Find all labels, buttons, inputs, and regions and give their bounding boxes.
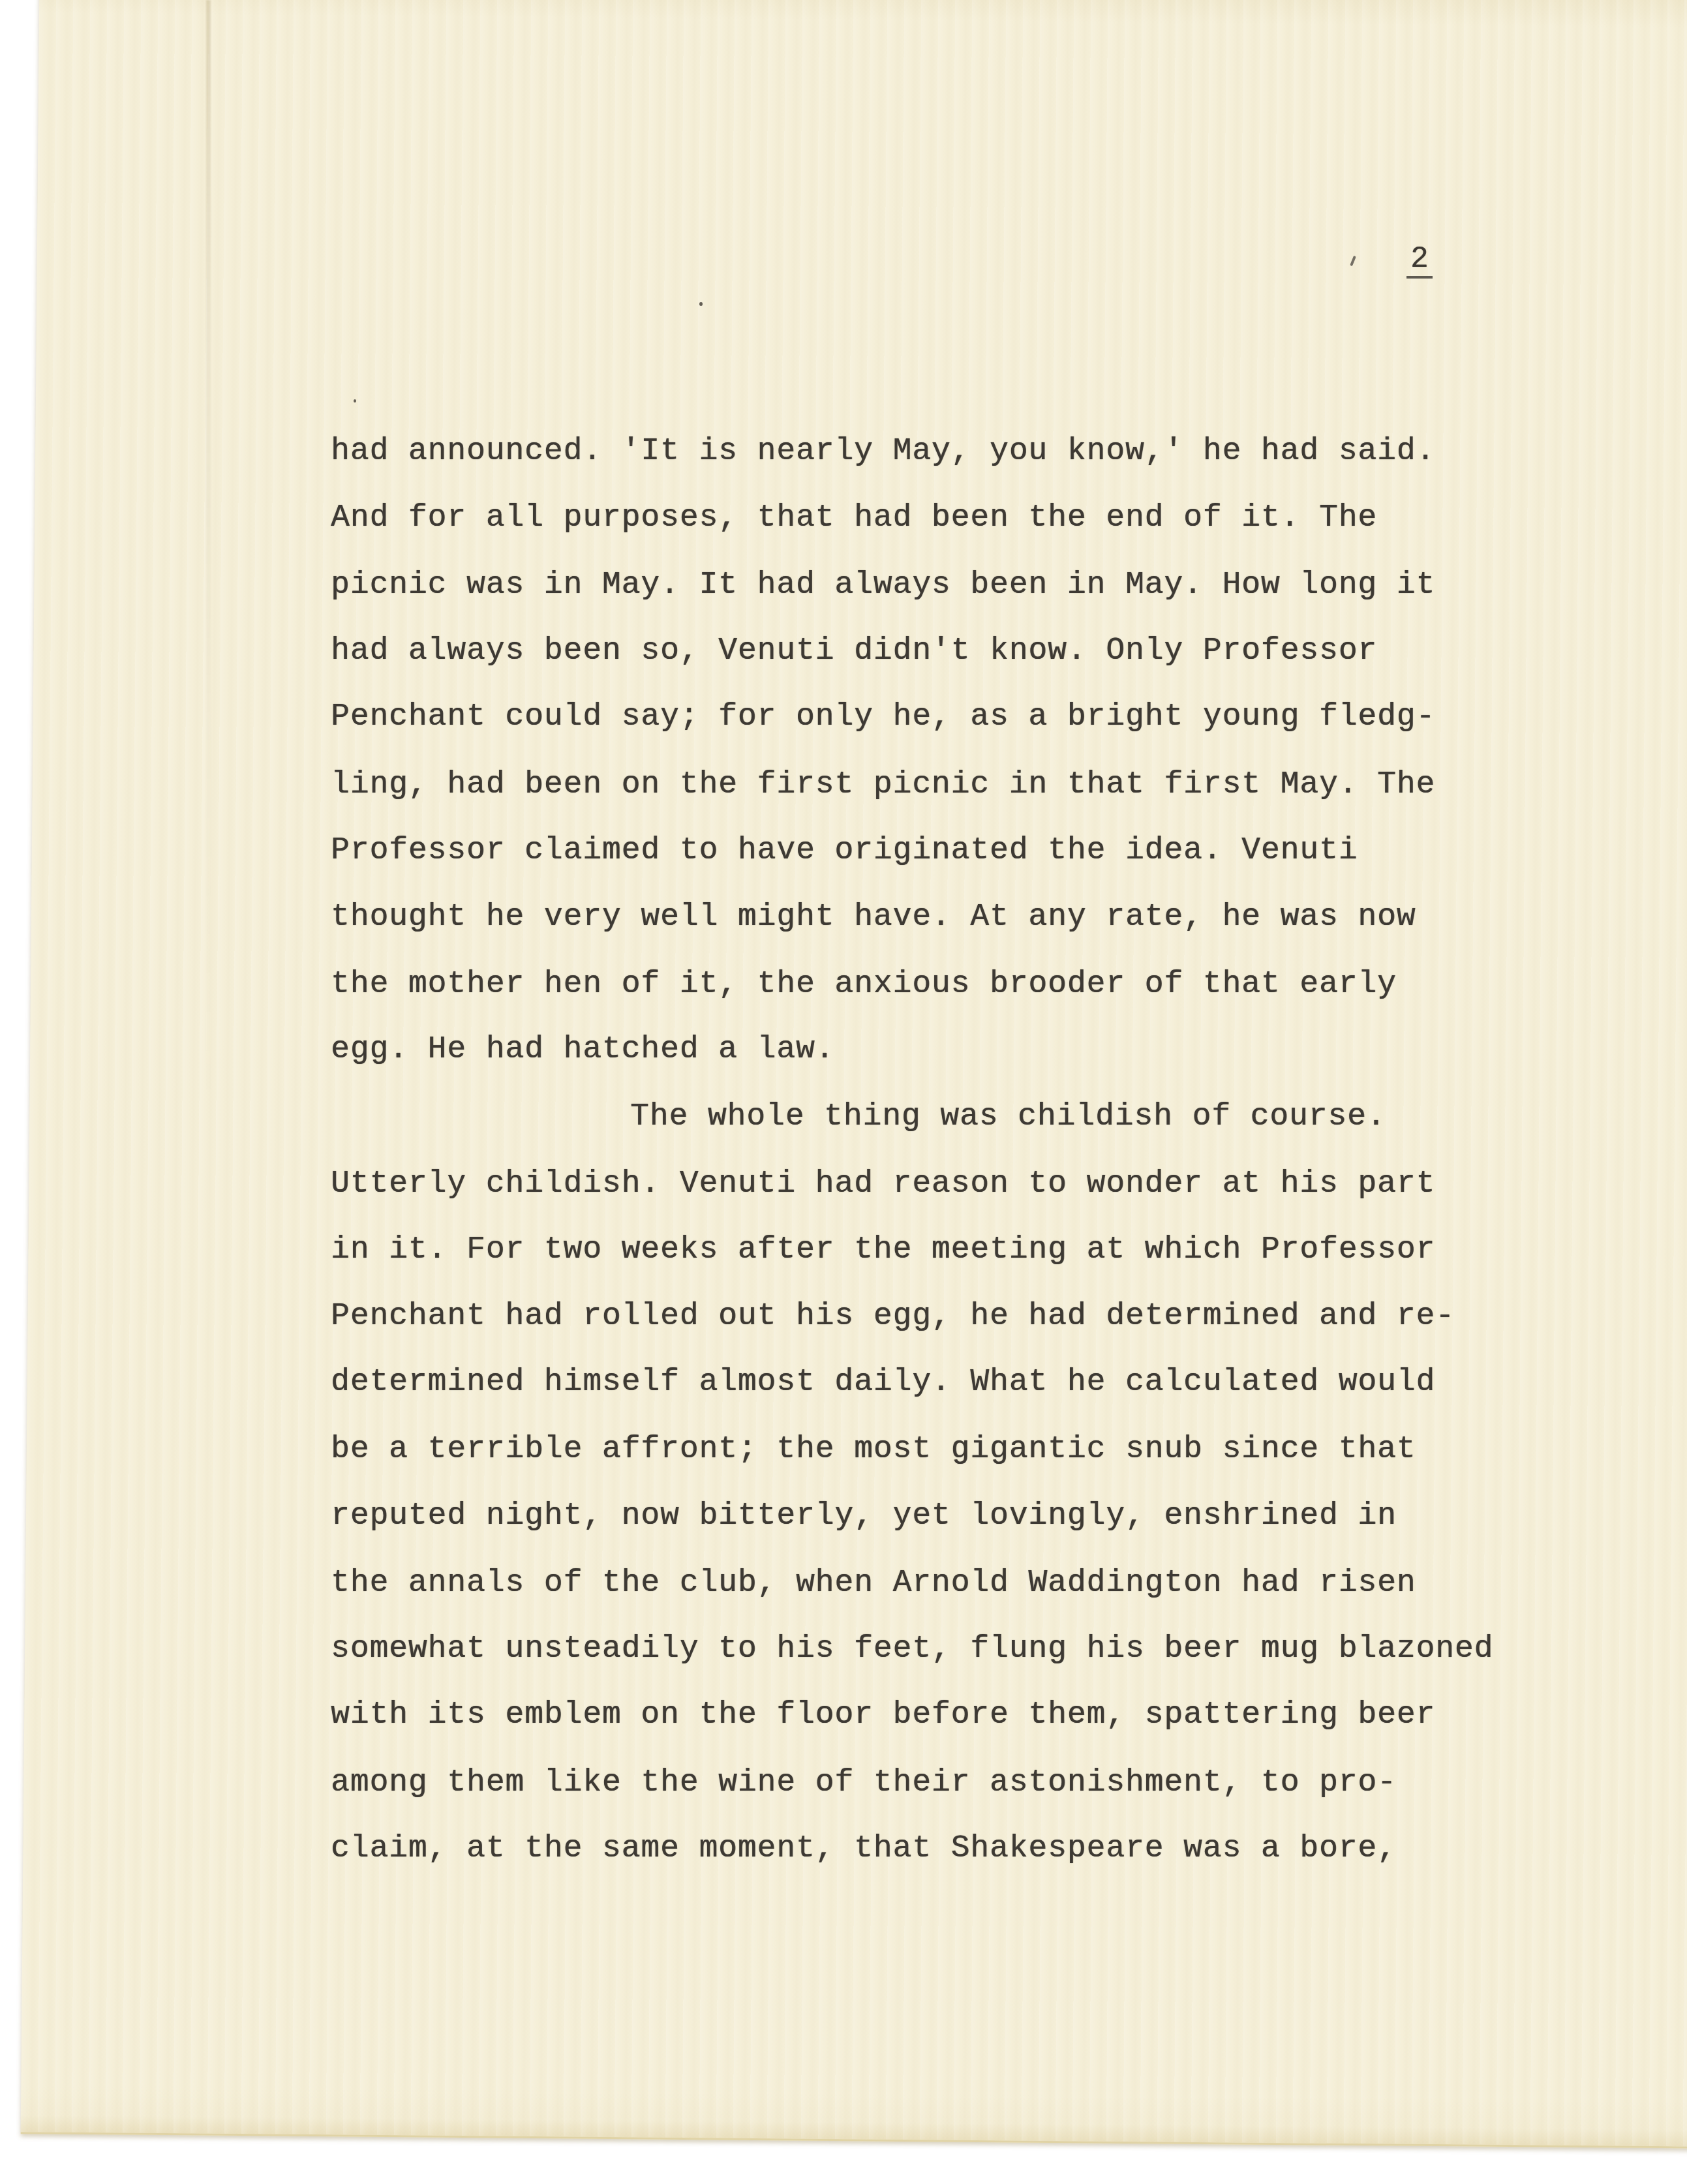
typed-line: Utterly childish. Venuti had reason to w…	[331, 1151, 1570, 1217]
typed-line: in it. For two weeks after the meeting a…	[331, 1217, 1570, 1283]
page-number-value: 2	[1406, 243, 1433, 279]
typed-text-block: had announced. 'It is nearly May, you kn…	[331, 418, 1570, 1882]
typed-line: And for all purposes, that had been the …	[331, 485, 1570, 551]
typed-line: ling, had been on the first picnic in th…	[331, 751, 1570, 818]
typed-line: claim, at the same moment, that Shakespe…	[331, 1815, 1570, 1882]
typed-line: had announced. 'It is nearly May, you kn…	[331, 418, 1570, 485]
typed-line: somewhat unsteadily to his feet, flung h…	[331, 1616, 1570, 1682]
typed-line: with its emblem on the floor before them…	[331, 1682, 1570, 1748]
typed-line: Penchant had rolled out his egg, he had …	[331, 1283, 1570, 1350]
ink-stray-mark	[1350, 256, 1356, 266]
typed-line: reputed night, now bitterly, yet lovingl…	[331, 1483, 1570, 1549]
typed-line: Professor claimed to have originated the…	[331, 817, 1570, 884]
typed-line: egg. He had hatched a law.	[331, 1016, 1570, 1083]
manuscript-page: 2 had announced. 'It is nearly May, you …	[0, 0, 1687, 2184]
typed-line: determined himself almost daily. What he…	[331, 1349, 1570, 1416]
page-number: 2	[1406, 243, 1433, 279]
ink-speck	[699, 302, 703, 306]
typed-line: Penchant could say; for only he, as a br…	[331, 684, 1570, 750]
typed-line: The whole thing was childish of course.	[331, 1084, 1570, 1150]
typed-line: among them like the wine of their astoni…	[331, 1750, 1570, 1816]
typed-line: had always been so, Venuti didn't know. …	[331, 618, 1570, 684]
typed-line: the annals of the club, when Arnold Wadd…	[331, 1550, 1570, 1616]
typed-line: the mother hen of it, the anxious broode…	[331, 951, 1570, 1018]
paper-crease	[206, 0, 211, 1109]
typed-line: be a terrible affront; the most gigantic…	[331, 1416, 1570, 1483]
typed-line: picnic was in May. It had always been in…	[331, 552, 1570, 618]
ink-speck	[354, 399, 356, 402]
typed-line: thought he very well might have. At any …	[331, 884, 1570, 950]
